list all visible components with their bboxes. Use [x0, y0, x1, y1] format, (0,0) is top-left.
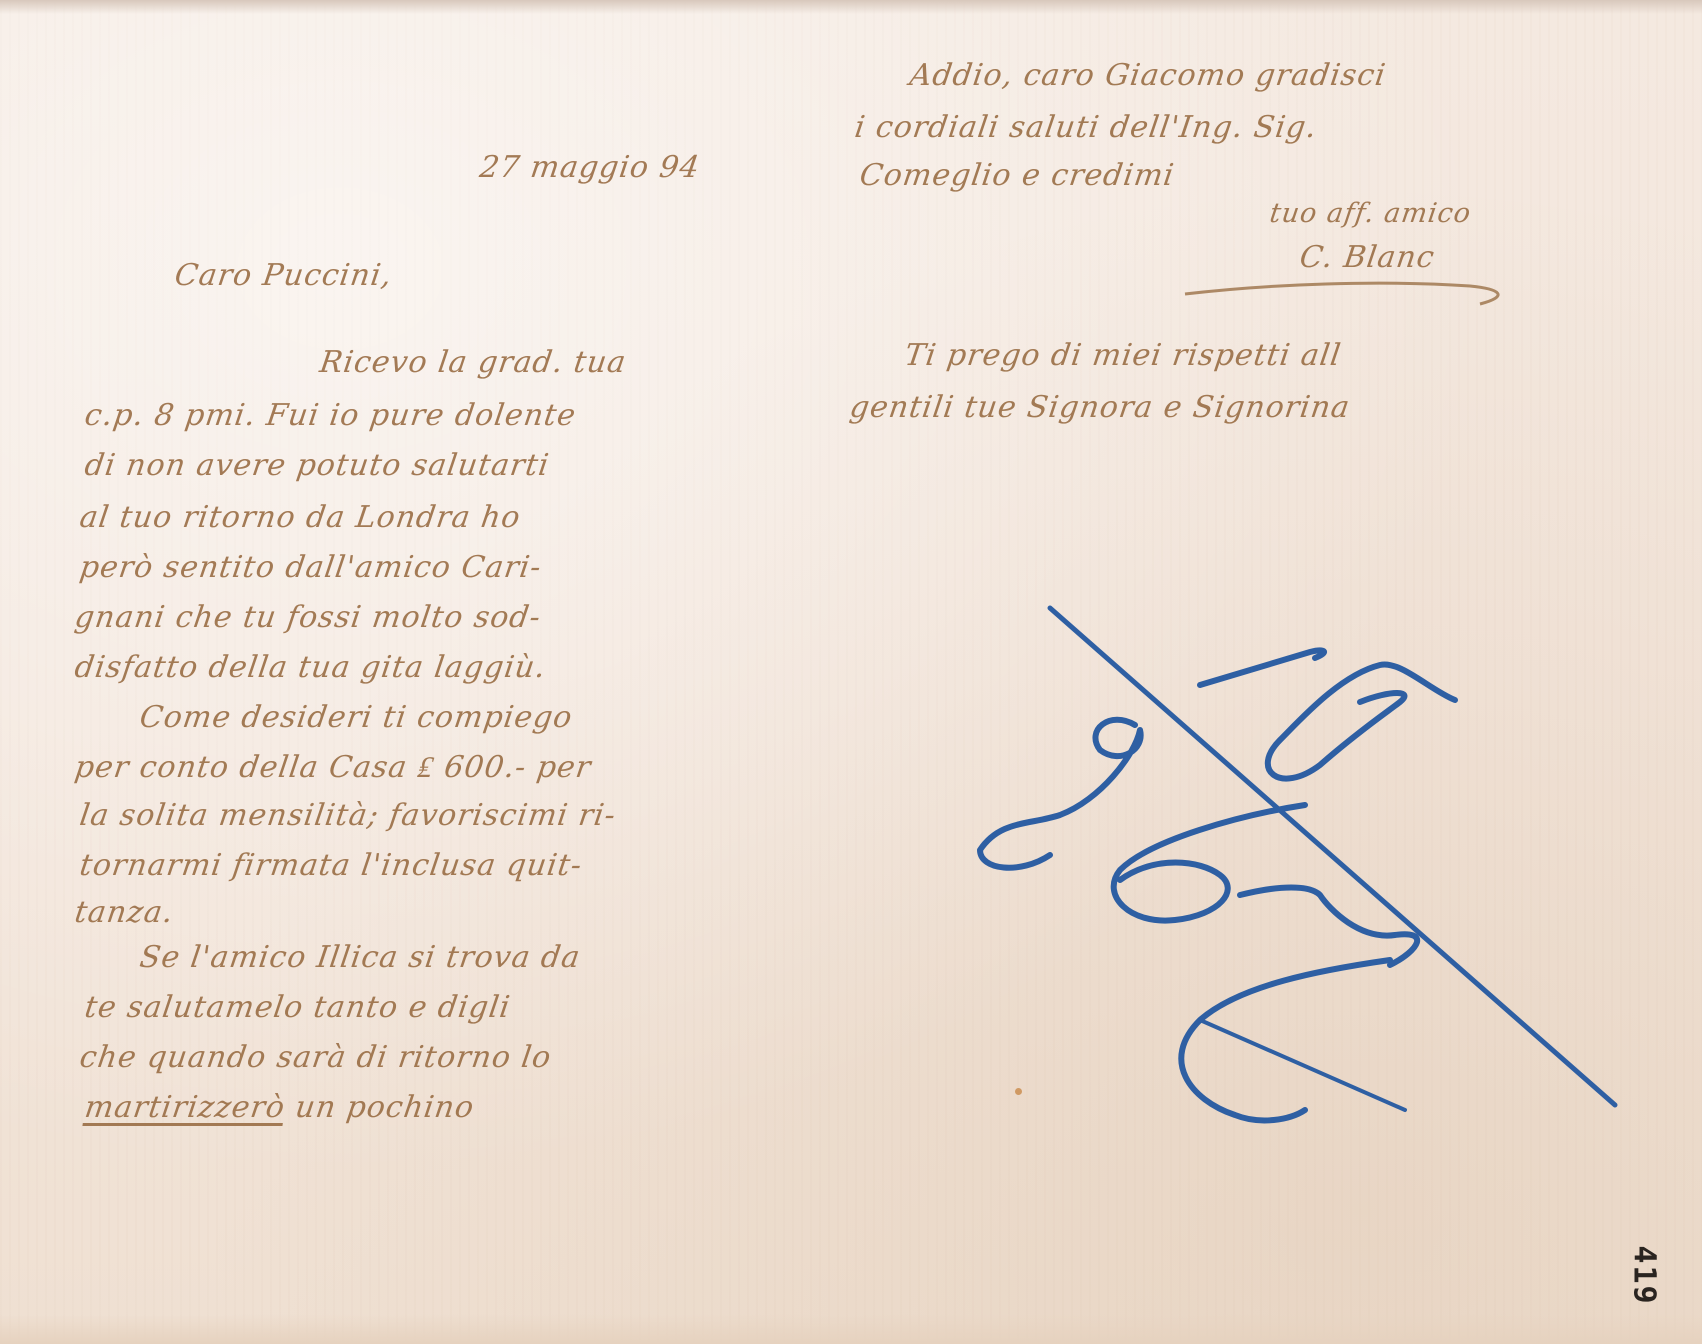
foxing-stain — [1015, 1088, 1022, 1095]
body-line-last: martirizzerò un pochino — [83, 1090, 477, 1125]
body-line: Ricevo la grad. tua — [318, 345, 629, 380]
archive-number: 419 — [1627, 1245, 1662, 1305]
paper-bottom-edge — [0, 1314, 1702, 1344]
body-line: tornarmi firmata l'inclusa quit- — [78, 848, 585, 883]
body-line: te salutamelo tanto e digli — [83, 990, 513, 1025]
underlined-word: martirizzerò — [83, 1090, 288, 1125]
blue-pencil-fraction-annotation — [960, 590, 1640, 1190]
signature: C. Blanc — [1298, 240, 1438, 275]
body-line: di non avere potuto salutarti — [83, 448, 552, 483]
closing-line: Addio, caro Giacomo gradisci — [908, 58, 1389, 93]
signature-flourish — [1180, 272, 1530, 312]
body-line: però sentito dall'amico Cari- — [78, 550, 544, 585]
body-line: la solita mensilità; favoriscimi ri- — [78, 798, 619, 833]
paper-top-edge — [0, 0, 1702, 14]
archive-number-stamp: 419 — [1614, 1230, 1674, 1320]
postscript-line: gentili tue Signora e Signorina — [848, 390, 1353, 425]
body-line: tanza. — [73, 895, 176, 930]
salutation: Caro Puccini, — [173, 258, 395, 293]
body-line: disfatto della tua gita laggiù. — [73, 650, 549, 685]
closing-line: Comeglio e credimi — [858, 158, 1177, 193]
body-line: al tuo ritorno da Londra ho — [78, 500, 524, 535]
body-line: Come desideri ti compiego — [138, 700, 575, 735]
body-line: per conto della Casa ₤ 600.- per — [73, 750, 594, 785]
body-line: che quando sarà di ritorno lo — [78, 1040, 554, 1075]
valediction: tuo aff. amico — [1268, 198, 1473, 229]
body-line: gnani che tu fossi molto sod- — [73, 600, 544, 635]
body-line: c.p. 8 pmi. Fui io pure dolente — [83, 398, 579, 433]
body-line-tail: un pochino — [293, 1090, 476, 1125]
date-line: 27 maggio 94 — [478, 150, 703, 185]
body-line: Se l'amico Illica si trova da — [138, 940, 583, 975]
postscript-line: Ti prego di miei rispetti all — [903, 338, 1344, 373]
closing-line: i cordiali saluti dell'Ing. Sig. — [853, 110, 1320, 145]
letter-page: Addio, caro Giacomo gradisci i cordiali … — [0, 0, 1702, 1344]
